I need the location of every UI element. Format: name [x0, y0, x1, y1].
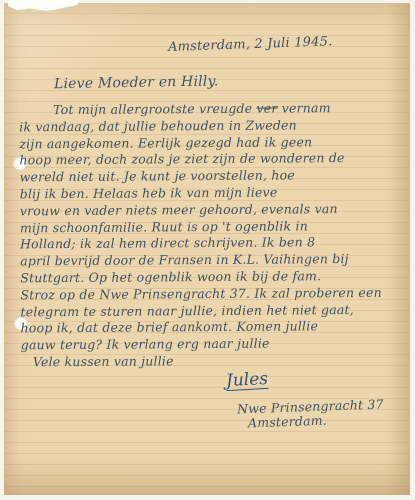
- body-line-text: vernam: [277, 100, 330, 115]
- body-line: april bevrijd door de Fransen in K.L. Va…: [20, 251, 404, 270]
- body-line: telegram te sturen naar jullie, indien h…: [20, 301, 404, 320]
- letter-scan: Amsterdam, 2 Juli 1945. Lieve Moeder en …: [0, 0, 415, 500]
- closing-line: Vele kussen van jullie: [33, 352, 405, 371]
- address-line-2: Amsterdam.: [248, 413, 327, 431]
- body-line-text: Tot mijn allergrootste vreugde: [53, 101, 256, 117]
- signature: Jules: [226, 369, 269, 391]
- struck-word: ver: [256, 101, 277, 116]
- body-line: Stroz op de Nwe Prinsengracht 37. Ik zal…: [20, 284, 404, 303]
- letter-body: Tot mijn allergrootste vreugde ver verna…: [19, 100, 405, 371]
